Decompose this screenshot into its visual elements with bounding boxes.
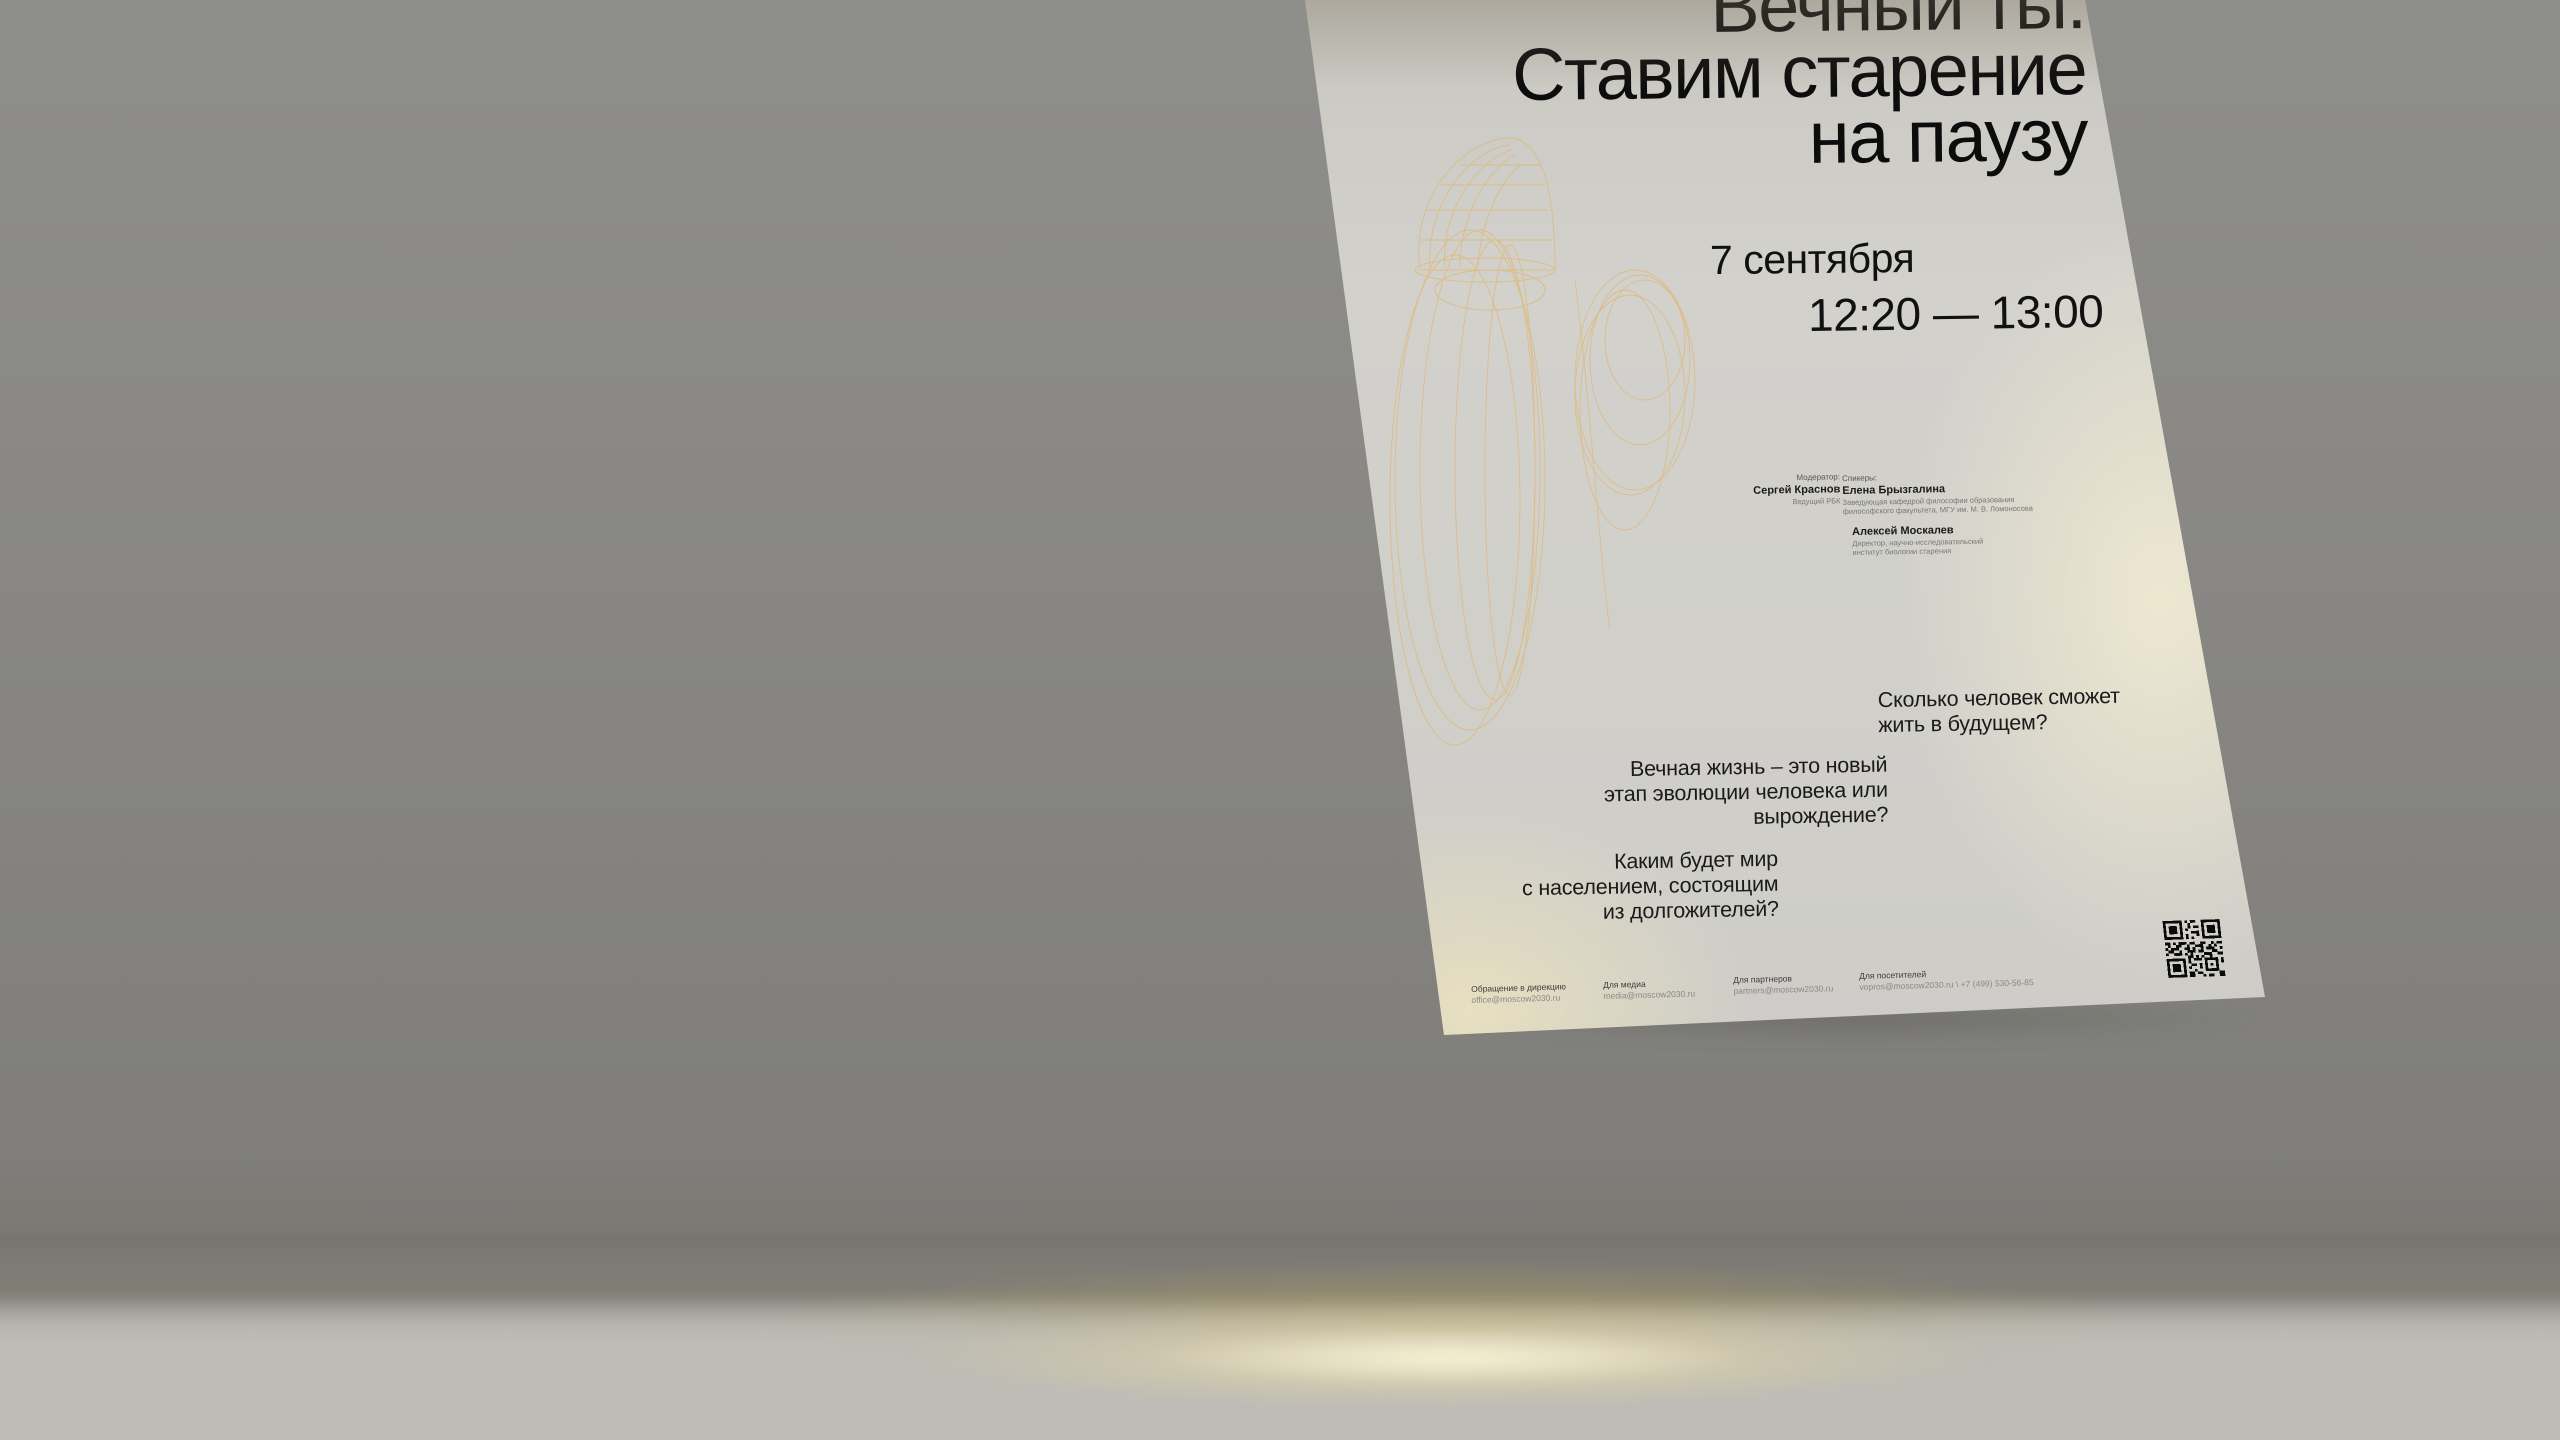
floor-light-glow	[900, 1290, 2000, 1440]
